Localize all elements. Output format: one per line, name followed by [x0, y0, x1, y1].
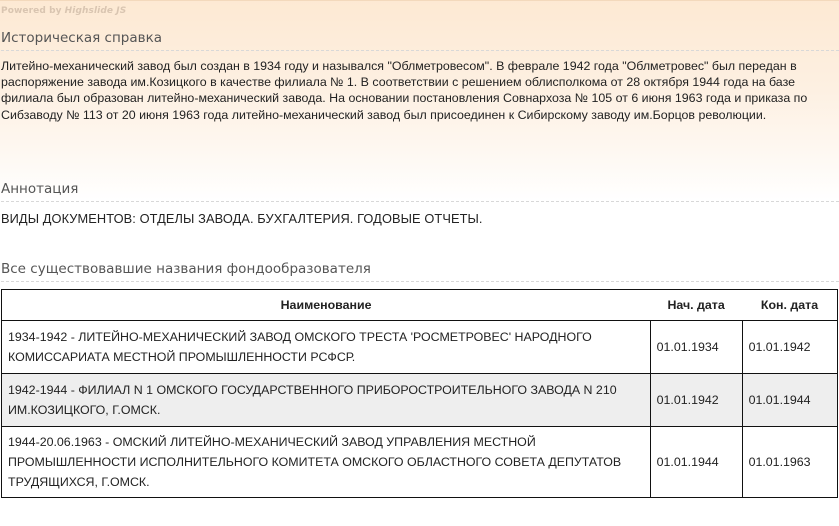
name-cell: 1944-20.06.1963 - ОМСКИЙ ЛИТЕЙНО-МЕХАНИЧ… [2, 427, 651, 498]
table-header-row: Наименование Нач. дата Кон. дата [2, 290, 838, 321]
annotation-section-title: Аннотация [1, 181, 839, 202]
annotation-text: ВИДЫ ДОКУМЕНТОВ: ОТДЕЛЫ ЗАВОДА. БУХГАЛТЕ… [1, 211, 483, 226]
column-header-end-date: Кон. дата [742, 290, 837, 321]
powered-by-credit[interactable]: Powered byHighslide JS [1, 6, 126, 16]
top-border [0, 0, 839, 1]
table-row: 1934-1942 - ЛИТЕЙНО-МЕХАНИЧЕСКИЙ ЗАВОД О… [2, 321, 838, 374]
end-date-cell: 01.01.1944 [742, 374, 837, 427]
start-date-cell: 01.01.1944 [650, 427, 742, 498]
table-row: 1942-1944 - ФИЛИАЛ N 1 ОМСКОГО ГОСУДАРСТ… [2, 374, 838, 427]
names-table: Наименование Нач. дата Кон. дата 1934-19… [1, 289, 838, 498]
powered-by-brand-link[interactable]: Highslide JS [65, 6, 127, 16]
names-table-container: Наименование Нач. дата Кон. дата 1934-19… [0, 289, 839, 498]
name-cell: 1942-1944 - ФИЛИАЛ N 1 ОМСКОГО ГОСУДАРСТ… [2, 374, 651, 427]
history-section-title: Историческая справка [1, 30, 839, 51]
history-text: Литейно-механический завод был создан в … [1, 58, 821, 123]
column-header-name: Наименование [2, 290, 651, 321]
end-date-cell: 01.01.1963 [742, 427, 837, 498]
table-row: 1944-20.06.1963 - ОМСКИЙ ЛИТЕЙНО-МЕХАНИЧ… [2, 427, 838, 498]
column-header-start-date: Нач. дата [650, 290, 742, 321]
names-section-title: Все существовавшие названия фондообразов… [1, 261, 839, 282]
name-cell: 1934-1942 - ЛИТЕЙНО-МЕХАНИЧЕСКИЙ ЗАВОД О… [2, 321, 651, 374]
start-date-cell: 01.01.1934 [650, 321, 742, 374]
end-date-cell: 01.01.1942 [742, 321, 837, 374]
powered-by-prefix: Powered by [1, 6, 62, 16]
start-date-cell: 01.01.1942 [650, 374, 742, 427]
document-page: Powered byHighslide JS Историческая спра… [0, 0, 839, 526]
